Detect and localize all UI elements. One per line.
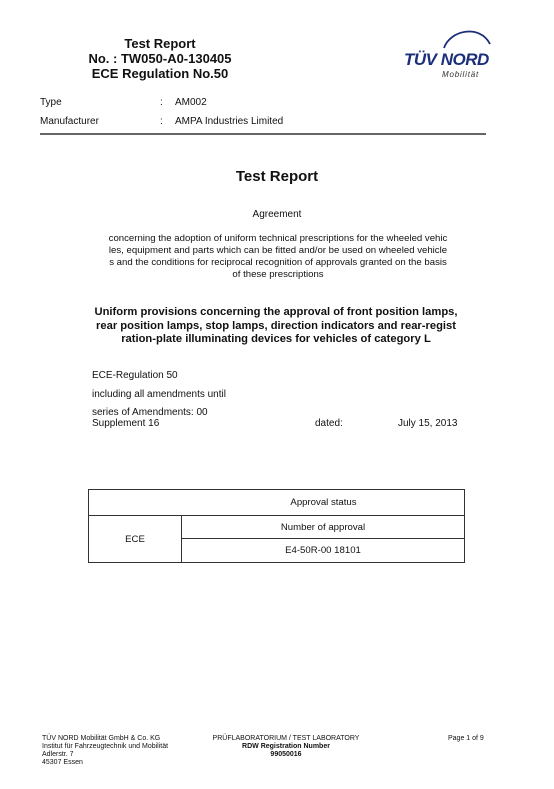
dated-value: July 15, 2013 — [398, 418, 458, 429]
field-manufacturer-label: Manufacturer — [40, 116, 99, 127]
footer-laboratory: PRÜFLABORATORIUM / TEST LABORATORY RDW R… — [196, 735, 376, 759]
approval-status-header: Approval status — [89, 490, 465, 516]
agreement-line: concerning the adoption of uniform techn… — [86, 233, 470, 245]
field-manufacturer-sep: : — [160, 116, 163, 127]
logo-brand: TÜV NORD — [404, 50, 489, 70]
header-title: Test Report — [60, 36, 260, 51]
approval-row-label: ECE — [89, 516, 182, 563]
including-amendments: including all amendments until — [92, 389, 226, 400]
agreement-heading: Agreement — [0, 209, 554, 220]
approval-number: E4-50R-00 18101 — [182, 539, 465, 563]
footer-street: Adlerstr. 7 — [42, 751, 168, 759]
page-number: Page 1 of 9 — [448, 735, 484, 743]
tuv-nord-logo: TÜV NORD Mobilität — [402, 26, 492, 86]
footer-address: TÜV NORD Mobilität GmbH & Co. KG Institu… — [42, 735, 168, 767]
supplement: Supplement 16 — [92, 418, 159, 429]
footer-rdw-label: RDW Registration Number — [196, 743, 376, 751]
approval-table: Approval status ECE Number of approval E… — [88, 489, 465, 563]
field-type-sep: : — [160, 97, 163, 108]
logo-subtitle: Mobilität — [442, 70, 479, 79]
field-type-label: Type — [40, 97, 62, 108]
provisions-line: ration-plate illuminating devices for ve… — [80, 333, 472, 347]
footer-institute: Institut für Fahrzeugtechnik und Mobilit… — [42, 743, 168, 751]
footer-rdw-number: 99050016 — [196, 751, 376, 759]
header-divider — [40, 133, 486, 135]
provisions-text: Uniform provisions concerning the approv… — [80, 306, 472, 347]
agreement-line: les, equipment and parts which can be fi… — [86, 245, 470, 257]
field-manufacturer-value: AMPA Industries Limited — [175, 116, 283, 127]
dated-label: dated: — [315, 418, 343, 429]
footer-lab-title: PRÜFLABORATORIUM / TEST LABORATORY — [196, 735, 376, 743]
approval-status-label: Approval status — [196, 497, 356, 508]
agreement-text: concerning the adoption of uniform techn… — [86, 233, 470, 281]
provisions-line: rear position lamps, stop lamps, directi… — [80, 320, 472, 334]
provisions-line: Uniform provisions concerning the approv… — [80, 306, 472, 320]
regulation-name: ECE-Regulation 50 — [92, 370, 178, 381]
agreement-line: of these prescriptions — [86, 269, 470, 281]
body-title: Test Report — [0, 168, 554, 185]
footer-company: TÜV NORD Mobilität GmbH & Co. KG — [42, 735, 168, 743]
header-regulation: ECE Regulation No.50 — [60, 66, 260, 81]
field-type-value: AM002 — [175, 97, 207, 108]
footer-city: 45307 Essen — [42, 759, 168, 767]
report-number: No. : TW050-A0-130405 — [60, 51, 260, 66]
series-amendments: series of Amendments: 00 — [92, 407, 208, 418]
approval-subheader: Number of approval — [182, 516, 465, 539]
agreement-line: s and the conditions for reciprocal reco… — [86, 257, 470, 269]
